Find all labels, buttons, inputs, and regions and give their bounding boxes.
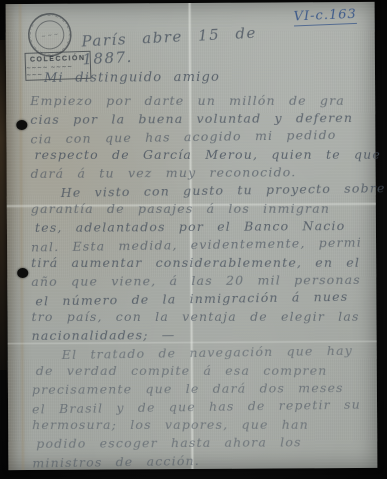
punch-hole-bottom xyxy=(17,268,28,278)
letter-body: Empiezo por darte un millón de gra cias … xyxy=(30,91,377,471)
letter-photograph: ~·~·~·~·~·~·~·~·~·~·~·~·~·~ ~ ~ ~ COLECC… xyxy=(0,0,387,479)
circular-stamp-center-text: ~ ~ ~ xyxy=(41,32,59,41)
handwriting-line: tirá aumentar considerablemente, en el xyxy=(31,254,376,272)
letter-salutation: Mi distinguido amigo xyxy=(44,70,220,86)
handwriting-line: tro país, con la ventaja de elegir las xyxy=(31,308,376,326)
punch-hole-top xyxy=(16,120,27,130)
handwriting-line: de verdad compite á esa compren xyxy=(36,362,377,380)
handwriting-line: respecto de García Merou, quien te que xyxy=(34,146,375,164)
letter-date-line: París abre 15 de 1887. xyxy=(81,22,303,69)
handwriting-line: Empiezo por darte un millón de gra xyxy=(30,92,375,110)
handwriting-line: ministros de acción. xyxy=(32,449,377,472)
handwriting-line: garantía de pasajes á los inmigran xyxy=(31,200,376,218)
letter-paper: ~·~·~·~·~·~·~·~·~·~·~·~·~·~ ~ ~ ~ COLECC… xyxy=(6,2,378,470)
handwriting-line: hermosura; los vapores, que han xyxy=(32,416,377,434)
archival-reference-number: VI-c.163 xyxy=(293,7,357,27)
